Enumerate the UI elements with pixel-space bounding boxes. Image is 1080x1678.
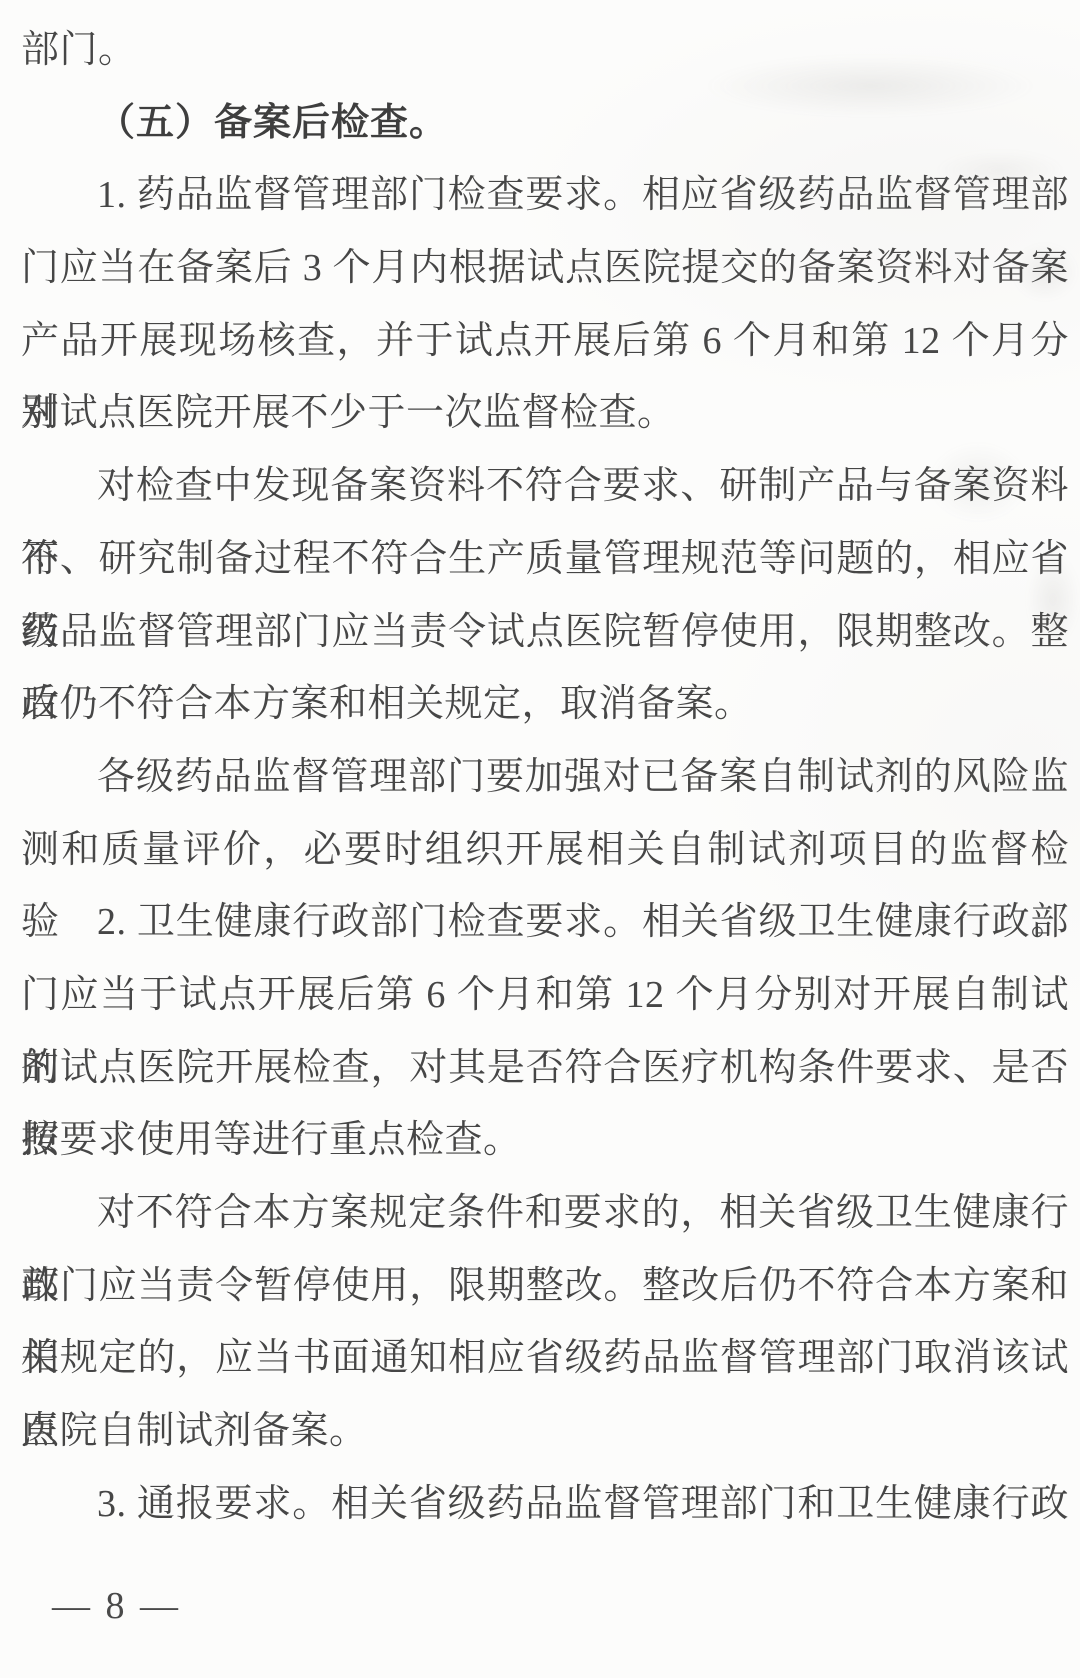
text-line: 产品开展现场核查，并于试点开展后第 6 个月和第 12 个月分别 [21,305,1069,378]
text-line: 对检查中发现备案资料不符合要求、研制产品与备案资料不 [21,450,1069,523]
text-line: 对试点医院开展不少于一次监督检查。 [21,377,1069,450]
text-line: 3. 通报要求。相关省级药品监督管理部门和卫生健康行政 [21,1468,1069,1541]
text-line: 2. 卫生健康行政部门检查要求。相关省级卫生健康行政部 [21,886,1069,959]
text-line: 测和质量评价，必要时组织开展相关自制试剂项目的监督检验。 [21,814,1069,887]
text-line: 药品监督管理部门应当责令试点医院暂停使用，限期整改。整改 [21,596,1069,669]
text-line: 门应当于试点开展后第 6 个月和第 12 个月分别对开展自制试剂 [21,959,1069,1032]
text-line: 后仍不符合本方案和相关规定，取消备案。 [21,668,1069,741]
text-line: 各级药品监督管理部门要加强对已备案自制试剂的风险监 [21,741,1069,814]
text-line: 1. 药品监督管理部门检查要求。相应省级药品监督管理部 [21,159,1069,232]
section-heading: （五）备案后检查。 [21,87,1069,160]
text-line: 部门。 [21,14,1069,87]
text-line: 照要求使用等进行重点检查。 [21,1104,1069,1177]
text-line: 部门应当责令暂停使用，限期整改。整改后仍不符合本方案和相 [21,1250,1069,1323]
text-line: 医院自制试剂备案。 [21,1395,1069,1468]
text-line: 门应当在备案后 3 个月内根据试点医院提交的备案资料对备案 [21,232,1069,305]
page-number: — 8 — [52,1584,181,1628]
text-line: 关规定的，应当书面通知相应省级药品监督管理部门取消该试点 [21,1322,1069,1395]
document-body-text: 部门。 （五）备案后检查。 1. 药品监督管理部门检查要求。相应省级药品监督管理… [21,14,1069,1540]
text-line: 符、研究制备过程不符合生产质量管理规范等问题的，相应省级 [21,523,1069,596]
scanned-document-page: 部门。 （五）备案后检查。 1. 药品监督管理部门检查要求。相应省级药品监督管理… [0,0,1080,1678]
text-line: 的试点医院开展检查，对其是否符合医疗机构条件要求、是否按 [21,1032,1069,1105]
text-line: 对不符合本方案规定条件和要求的，相关省级卫生健康行政 [21,1177,1069,1250]
